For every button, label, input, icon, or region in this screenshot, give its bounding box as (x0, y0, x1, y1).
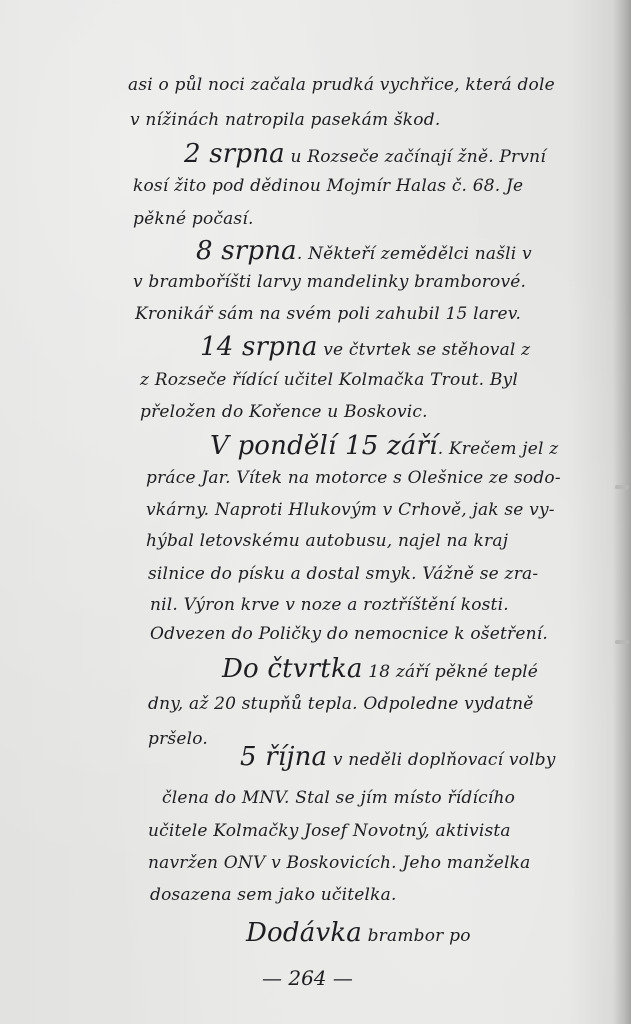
handwritten-line: učitele Kolmačky Josef Novotný, aktivist… (148, 823, 511, 840)
entry-date: Dodávka (246, 918, 362, 948)
handwritten-line: práce Jar. Vítek na motorce s Olešnice z… (146, 470, 561, 487)
handwritten-line: nil. Výron krve v noze a roztříštění kos… (150, 597, 509, 614)
handwritten-line: přeložen do Kořence u Boskovic. (140, 404, 428, 421)
handwritten-line: pršelo. (148, 731, 208, 748)
handwritten-line: v bramboříšti larvy mandelinky bramborov… (133, 274, 526, 291)
handwritten-line: Odvezen do Poličky do nemocnice k ošetře… (150, 626, 548, 643)
handwritten-line: kosí žito pod dědinou Mojmír Halas č. 68… (133, 178, 523, 195)
entry-date: 2 srpna (184, 139, 285, 169)
entry-heading-line: 8 srpna. Někteří zemědělci našli v (196, 238, 532, 264)
handwritten-line: Kronikář sám na svém poli zahubil 15 lar… (135, 306, 521, 323)
handwritten-line: dosazena sem jako učitelka. (150, 887, 397, 904)
handwritten-line: navržen ONV v Boskovicích. Jeho manželka (148, 855, 531, 872)
entry-heading-line: V pondělí 15 září. Krečem jel z (210, 433, 558, 459)
page-edge-mark (615, 485, 629, 489)
handwritten-line: člena do MNV. Stal se jím místo řídícího (162, 790, 515, 807)
page-edge-shadow (613, 0, 631, 1024)
handwritten-line: vkárny. Naproti Hlukovým v Crhově, jak s… (146, 502, 555, 519)
entry-heading-line: 2 srpna u Rozseče začínají žně. První (184, 141, 546, 167)
entry-heading-line: 14 srpna ve čtvrtek se stěhoval z (200, 334, 530, 360)
handwritten-line: v nížinách natropila pasekám škod. (130, 112, 440, 129)
entry-date: Do čtvrtka (222, 654, 363, 684)
handwritten-line: asi o půl noci začala prudká vychřice, k… (128, 77, 555, 94)
entry-heading-line: Dodávka brambor po (246, 920, 471, 946)
entry-date: 14 srpna (200, 332, 318, 362)
page-number: — 264 — (262, 966, 353, 990)
handwritten-line: z Rozseče řídící učitel Kolmačka Trout. … (140, 372, 518, 389)
handwritten-line: silnice do písku a dostal smyk. Vážně se… (148, 566, 538, 583)
page-edge-mark (615, 640, 629, 644)
entry-heading-line: 5 října v neděli doplňovací volby (240, 744, 556, 770)
entry-date: 5 října (240, 742, 327, 772)
handwritten-line: pěkné počasí. (133, 211, 254, 228)
handwritten-line: dny, až 20 stupňů tepla. Odpoledne vydat… (148, 696, 534, 713)
entry-date: V pondělí 15 září (210, 431, 438, 461)
entry-date: 8 srpna (196, 236, 297, 266)
entry-heading-line: Do čtvrtka 18 září pěkné teplé (222, 656, 538, 682)
scanned-page: asi o půl noci začala prudká vychřice, k… (0, 0, 631, 1024)
handwritten-line: hýbal letovskému autobusu, najel na kraj (146, 533, 508, 550)
